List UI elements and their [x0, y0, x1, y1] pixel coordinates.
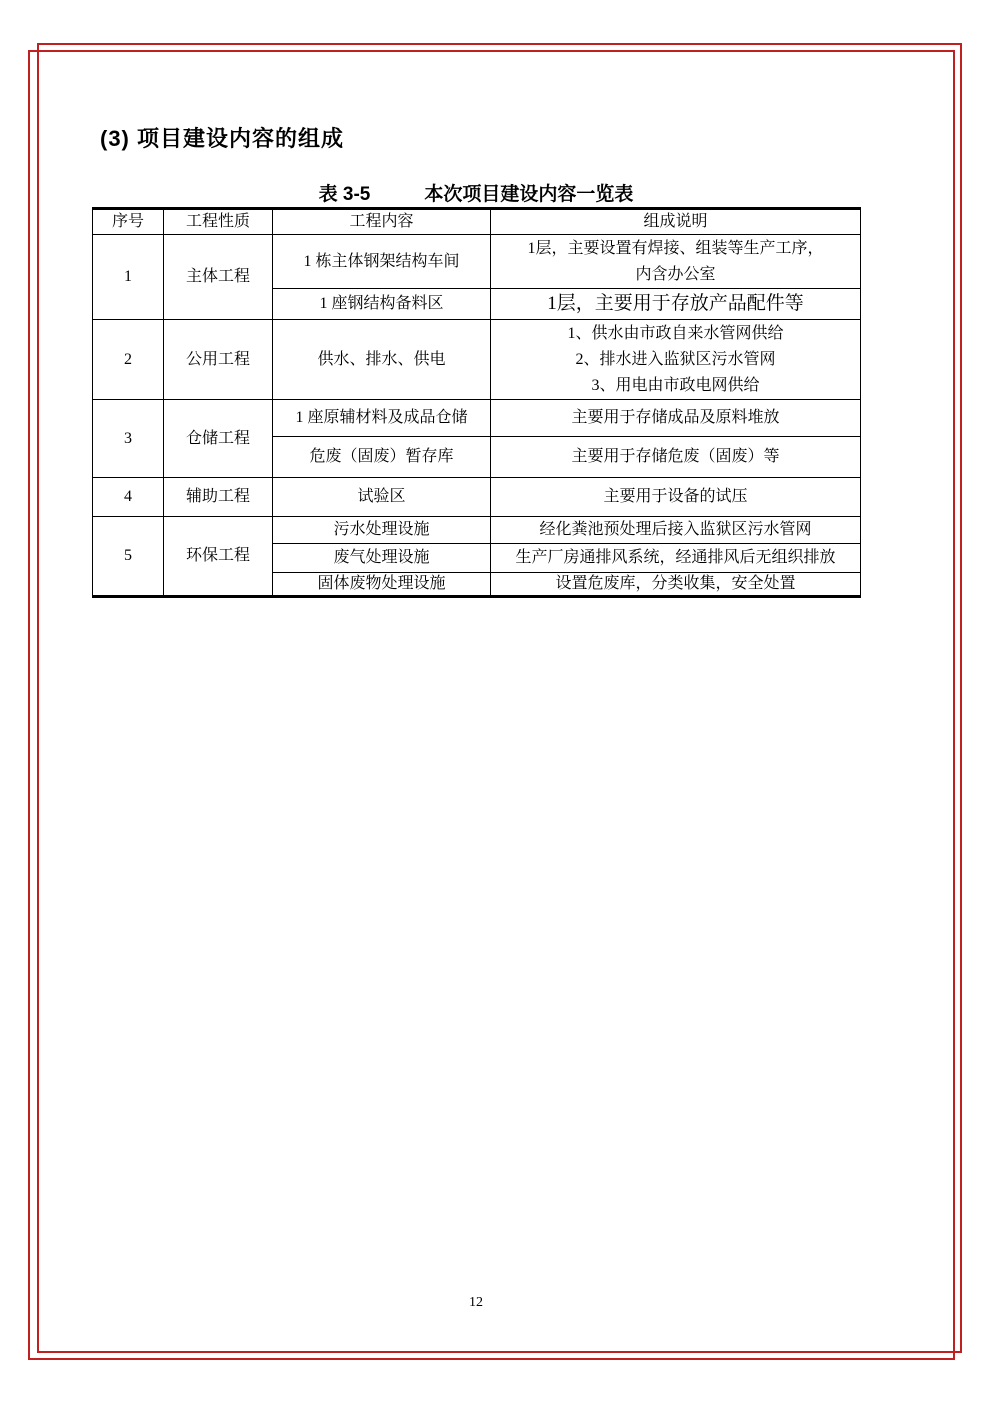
desc-line: 内含办公室 — [491, 262, 860, 288]
cell-project-content: 固体废物处理设施 — [273, 573, 491, 597]
cell-composition-desc: 1层，主要用于存放产品配件等 — [491, 289, 861, 320]
table-header-row: 序号 工程性质 工程内容 组成说明 — [93, 209, 861, 235]
cell-project-content: 1 栋主体钢架结构车间 — [273, 235, 491, 289]
table-caption-label: 表 3-5 — [319, 184, 371, 205]
page-number: 12 — [92, 1295, 860, 1311]
cell-project-type: 主体工程 — [164, 235, 273, 320]
cell-project-content: 试验区 — [273, 478, 491, 517]
cell-serial-number: 1 — [93, 235, 164, 320]
cell-project-type: 环保工程 — [164, 517, 273, 597]
desc-line: 2、排水进入监狱区污水管网 — [491, 347, 860, 373]
cell-composition-desc: 主要用于设备的试压 — [491, 478, 861, 517]
cell-serial-number: 2 — [93, 320, 164, 400]
cell-composition-desc: 1层，主要设置有焊接、组装等生产工序， 内含办公室 — [491, 235, 861, 289]
cell-composition-desc: 主要用于存储危废（固废）等 — [491, 437, 861, 478]
cell-project-content: 1 座原辅材料及成品仓储 — [273, 400, 491, 437]
cell-project-content: 废气处理设施 — [273, 544, 491, 573]
desc-line: 1层，主要设置有焊接、组装等生产工序， — [491, 236, 860, 262]
cell-project-content: 供水、排水、供电 — [273, 320, 491, 400]
desc-line: 3、用电由市政电网供给 — [491, 373, 860, 399]
table-caption: 表 3-5本次项目建设内容一览表 — [92, 179, 860, 206]
col-header-composition: 组成说明 — [491, 209, 861, 235]
cell-composition-desc: 经化粪池预处理后接入监狱区污水管网 — [491, 517, 861, 544]
cell-serial-number: 3 — [93, 400, 164, 478]
section-heading: (3) 项目建设内容的组成 — [100, 122, 344, 153]
table-row: 4 辅助工程 试验区 主要用于设备的试压 — [93, 478, 861, 517]
col-header-project-type: 工程性质 — [164, 209, 273, 235]
col-header-serial: 序号 — [93, 209, 164, 235]
cell-project-type: 辅助工程 — [164, 478, 273, 517]
cell-composition-desc: 设置危废库，分类收集，安全处置 — [491, 573, 861, 597]
cell-project-type: 公用工程 — [164, 320, 273, 400]
cell-project-type: 仓储工程 — [164, 400, 273, 478]
cell-serial-number: 5 — [93, 517, 164, 597]
table-row: 5 环保工程 污水处理设施 经化粪池预处理后接入监狱区污水管网 — [93, 517, 861, 544]
table-caption-title: 本次项目建设内容一览表 — [424, 184, 633, 205]
cell-composition-desc: 主要用于存储成品及原料堆放 — [491, 400, 861, 437]
cell-project-content: 危废（固废）暂存库 — [273, 437, 491, 478]
cell-composition-desc: 生产厂房通排风系统，经通排风后无组织排放 — [491, 544, 861, 573]
project-components-table: 序号 工程性质 工程内容 组成说明 1 主体工程 1 栋主体钢架结构车间 1层，… — [92, 207, 861, 598]
cell-project-content: 污水处理设施 — [273, 517, 491, 544]
cell-serial-number: 4 — [93, 478, 164, 517]
table-row: 2 公用工程 供水、排水、供电 1、供水由市政自来水管网供给 2、排水进入监狱区… — [93, 320, 861, 400]
table-row: 3 仓储工程 1 座原辅材料及成品仓储 主要用于存储成品及原料堆放 — [93, 400, 861, 437]
desc-line: 1、供水由市政自来水管网供给 — [491, 321, 860, 347]
document-page: (3) 项目建设内容的组成 表 3-5本次项目建设内容一览表 序号 工程性质 工… — [0, 0, 992, 1403]
col-header-project-content: 工程内容 — [273, 209, 491, 235]
cell-project-content: 1 座钢结构备料区 — [273, 289, 491, 320]
table-row: 1 主体工程 1 栋主体钢架结构车间 1层，主要设置有焊接、组装等生产工序， 内… — [93, 235, 861, 289]
cell-composition-desc: 1、供水由市政自来水管网供给 2、排水进入监狱区污水管网 3、用电由市政电网供给 — [491, 320, 861, 400]
